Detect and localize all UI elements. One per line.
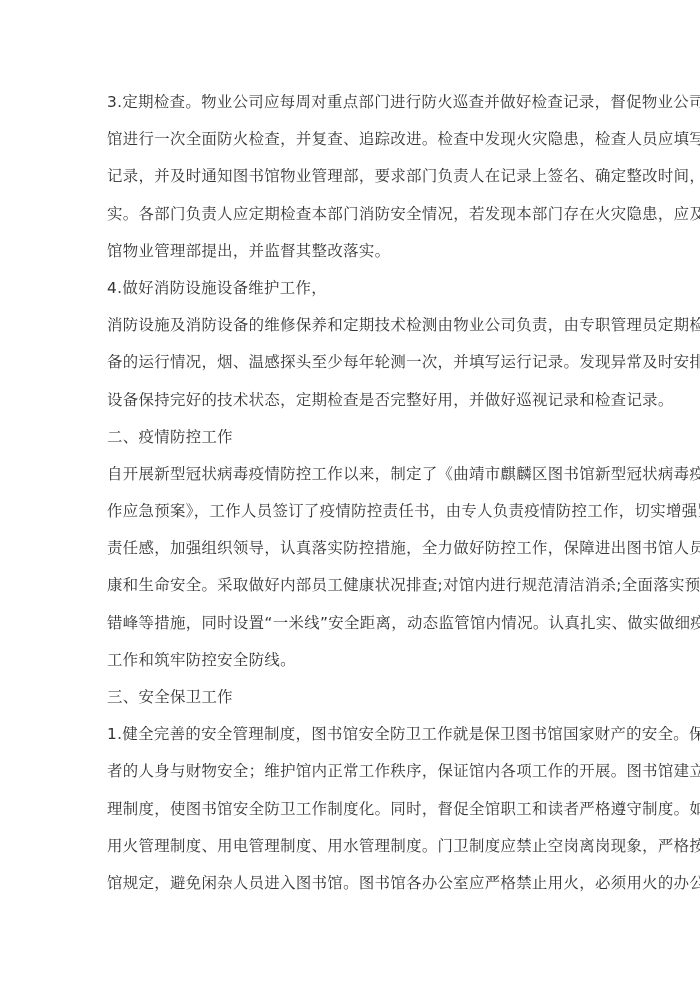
section-heading-text: 二、疫情防控工作 [107,425,597,462]
text-line: 4.做好消防设施设备维护工作， [107,276,597,313]
text-line: 自开展新型冠状病毒疫情防控工作以来，制定了《曲靖市麒麟区图书馆新型冠状病毒疫情防… [107,462,597,499]
text-line: 馆进行一次全面防火检查，并复查、追踪改进。检查中发现火灾隐患，检查人员应填写防火… [107,127,597,164]
text-line: 实。各部门负责人应定期检查本部门消防安全情况，若发现本部门存在火灾隐患，应及时向… [107,202,597,239]
text-line: 者的人身与财物安全；维护馆内正常工作秩序，保证馆内各项工作的开展。图书馆建立完善… [107,759,597,796]
paragraph-security-management-system: 1.健全完善的安全管理制度，图书馆安全防卫工作就是保卫图书馆国家财产的安全。保护… [107,722,597,908]
paragraph-regular-inspection: 3.定期检查。物业公司应每周对重点部门进行防火巡查并做好检查记录，督促物业公司每… [107,90,597,276]
section-heading-security: 三、安全保卫工作 [107,685,597,722]
text-line: 作应急预案》，工作人员签订了疫情防控责任书，由专人负责疫情防控工作，切实增强紧迫… [107,499,597,536]
text-line: 用火管理制度、用电管理制度、用水管理制度。门卫制度应禁止空岗离岗现象，严格按照持… [107,834,597,871]
text-line: 设备保持完好的技术状态，定期检查是否完整好用，并做好巡视记录和检查记录。 [107,388,597,425]
section-heading-text: 三、安全保卫工作 [107,685,597,722]
text-line: 馆物业管理部提出，并监督其整改落实。 [107,239,597,276]
text-line: 错峰等措施，同时设置“一米线”安全距离，动态监管馆内情况。认真扎实、做实做细疫情… [107,611,597,648]
text-line: 康和生命安全。采取做好内部员工健康状况排查;对馆内进行规范清洁消杀;全面落实预约… [107,573,597,610]
text-line: 消防设施及消防设备的维修保养和定期技术检测由物业公司负责，由专职管理员定期检查消… [107,313,597,350]
section-heading-epidemic-control: 二、疫情防控工作 [107,425,597,462]
text-line: 1.健全完善的安全管理制度，图书馆安全防卫工作就是保卫图书馆国家财产的安全。保护… [107,722,597,759]
text-line: 责任感，加强组织领导，认真落实防控措施，全力做好防控工作，保障进出图书馆人员的身… [107,536,597,573]
document-page: 3.定期检查。物业公司应每周对重点部门进行防火巡查并做好检查记录，督促物业公司每… [107,90,597,908]
text-line: 馆规定，避免闲杂人员进入图书馆。图书馆各办公室应严格禁止用火，必须用火的办公室应… [107,871,597,908]
paragraph-equipment-maintenance-body: 消防设施及消防设备的维修保养和定期技术检测由物业公司负责，由专职管理员定期检查消… [107,313,597,425]
text-line: 记录，并及时通知图书馆物业管理部，要求部门负责人在记录上签名、确定整改时间，并跟… [107,164,597,201]
paragraph-equipment-maintenance-title: 4.做好消防设施设备维护工作， [107,276,597,313]
text-line: 备的运行情况，烟、温感探头至少每年轮测一次，并填写运行记录。发现异常及时安排维修… [107,350,597,387]
paragraph-epidemic-control-body: 自开展新型冠状病毒疫情防控工作以来，制定了《曲靖市麒麟区图书馆新型冠状病毒疫情防… [107,462,597,685]
text-line: 理制度，使图书馆安全防卫工作制度化。同时，督促全馆职工和读者严格遵守制度。如门卫… [107,797,597,834]
text-line: 3.定期检查。物业公司应每周对重点部门进行防火巡查并做好检查记录，督促物业公司每… [107,90,597,127]
text-line: 工作和筑牢防控安全防线。 [107,648,597,685]
